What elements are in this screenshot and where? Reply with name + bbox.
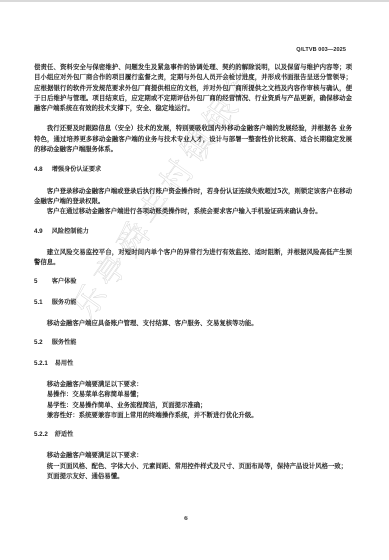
page-top-border	[0, 0, 389, 2]
usability-list-item: 兼容性好：系统要兼容市面上常用的终端操作系统，并不断进行优化升级。	[34, 410, 352, 420]
section-number: 5.1	[34, 298, 50, 308]
section-number: 4.8	[34, 165, 50, 175]
section-title: 舒适性	[55, 431, 74, 438]
usability-list-item: 移动金融客户端要满足以下要求：	[34, 379, 352, 389]
section-number: 5.2.2	[34, 430, 53, 440]
section-heading-5-2-1: 5.2.1 易用性	[34, 359, 352, 369]
usability-list-item: 易学性：交易操作简单、业务流程简洁，页面提示准确；	[34, 400, 352, 410]
section-heading-4-9: 4.9 风险控制能力	[34, 227, 352, 237]
paragraph-tech-tracking: 我行还要及时跟踪信息（安全）技术的发展，特别要吸收国内外移动金融客户端的发展经验…	[34, 123, 352, 154]
section-title: 增强身份认证要求	[52, 166, 102, 173]
section-heading-5: 5 客户体验	[34, 277, 352, 287]
section-heading-5-2: 5.2 服务性能	[34, 338, 352, 348]
section-number: 4.9	[34, 227, 50, 237]
document-body: 偿责任、资料安全与保密维护、问题发生及紧急事件的协调处理、契约的解除说明，以及保…	[34, 62, 352, 481]
paragraph-risk-monitor: 建立风险交易监控平台，对短时间内单个客户的异常行为进行有效监控、适时阻断，并根据…	[34, 247, 352, 268]
usability-list-item: 易操作：交易菜单名称简单易懂；	[34, 389, 352, 399]
paragraph-friendly-prompts: 页面提示友好、通俗易懂。	[34, 471, 352, 481]
section-heading-5-2-2: 5.2.2 舒适性	[34, 430, 352, 440]
section-heading-5-1: 5.1 服务功能	[34, 298, 352, 308]
section-title: 客户体验	[52, 278, 77, 285]
section-title: 服务性能	[52, 339, 77, 346]
section-title: 风险控制能力	[52, 228, 89, 235]
paragraph-unified-style: 统一页面风格、配色、字体大小、元素间距、常用控件样式及尺寸、页面布局等，保持产品…	[34, 461, 352, 471]
section-heading-4-8: 4.8 增强身份认证要求	[34, 165, 352, 175]
section-title: 易用性	[55, 360, 74, 367]
section-number: 5.2.1	[34, 359, 53, 369]
section-number: 5	[34, 277, 50, 287]
paragraph-outsourcing: 偿责任、资料安全与保密维护、问题发生及紧急事件的协调处理、契约的解除说明，以及保…	[34, 62, 352, 113]
section-title: 服务功能	[52, 299, 77, 306]
section-number: 5.2	[34, 338, 50, 348]
page-number: 6	[184, 516, 188, 522]
paragraph-service-functions: 移动金融客户端应具备账户管理、支付结算、客户服务、交易复核等功能。	[34, 318, 352, 328]
paragraph-sms-verify: 客户在通过移动金融客户端进行各项动账类操作时，系统会要求客户输入手机验证码来确认…	[34, 206, 352, 216]
paragraph-login-lock: 客户登录移动金融客户端或登录后执行账户资金操作时，若身份认证连续失败超过5次，则…	[34, 186, 352, 207]
document-code: Q/LTVB 003—2025	[296, 47, 346, 53]
paragraph-comfort-intro: 移动金融客户端要满足以下要求：	[34, 450, 352, 460]
